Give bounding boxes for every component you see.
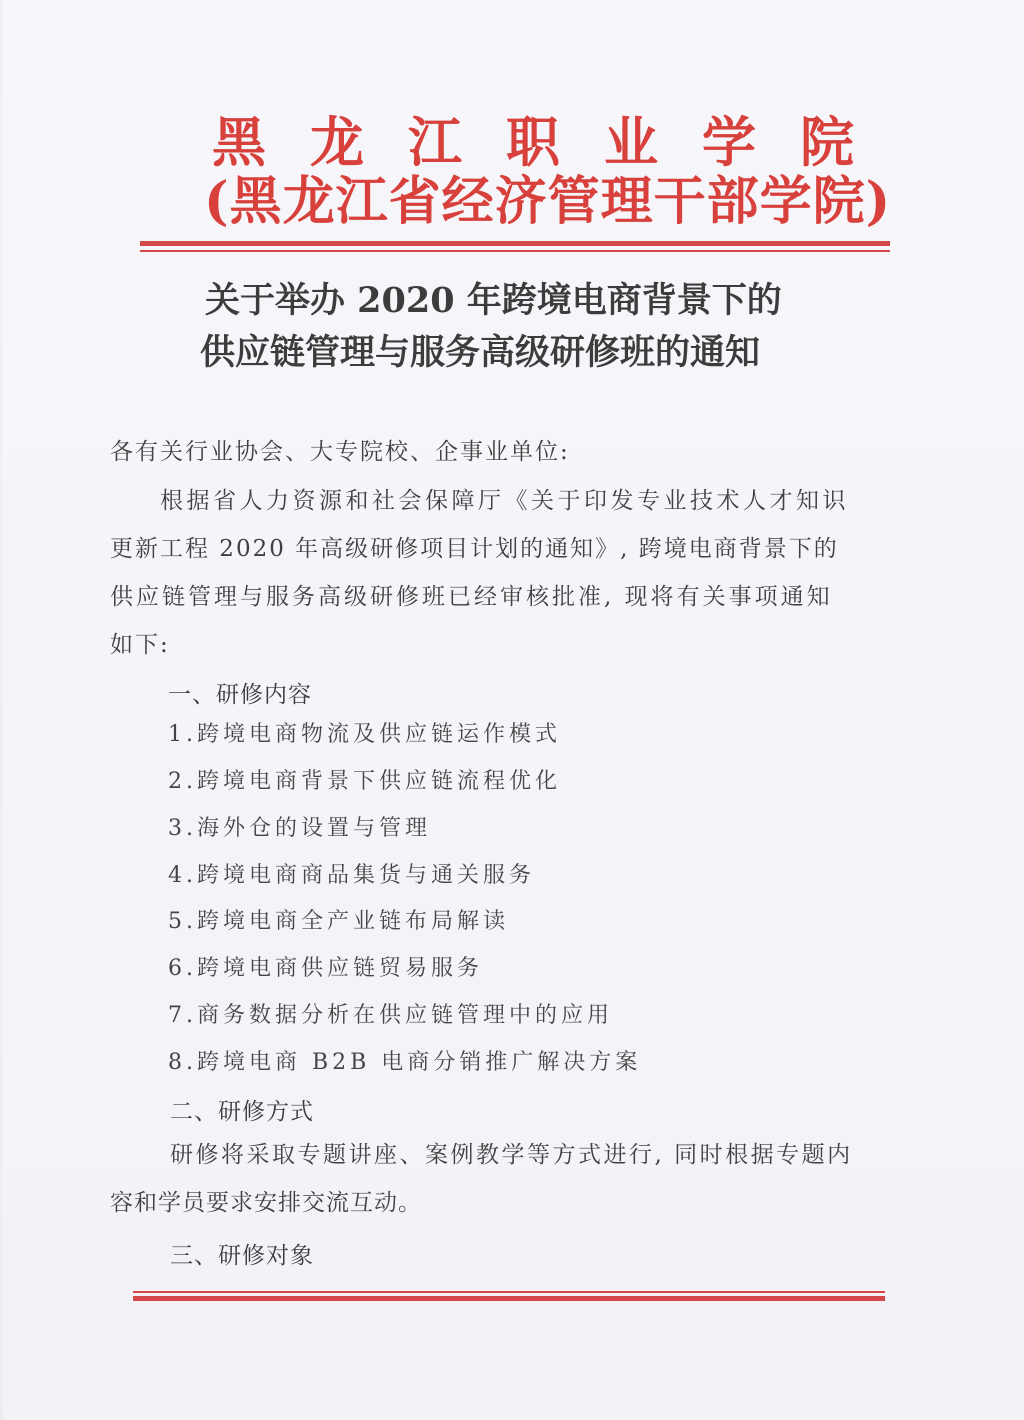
section-heading-method: 二、研修方式 (170, 1093, 314, 1126)
intro-line2: 更新工程 2020 年高级研修项目计划的通知》, 跨境电商背景下的 (110, 534, 839, 564)
list-item: 4.跨境电商商品集货与通关服务 (168, 861, 535, 891)
footer-rule-thick (133, 1296, 885, 1301)
intro-line4: 如下: (110, 630, 170, 660)
list-item: 6.跨境电商供应链贸易服务 (168, 954, 483, 984)
intro-line3: 供应链管理与服务高级研修班已经审核批准, 现将有关事项通知 (110, 582, 833, 612)
method-paragraph-line2: 容和学员要求安排交流互动。 (110, 1188, 422, 1218)
header-rule-thin (140, 250, 890, 252)
list-item: 8.跨境电商 B2B 电商分销推广解决方案 (168, 1048, 641, 1078)
notice-title-line1: 关于举办 2020 年跨境电商背景下的 (205, 278, 782, 324)
institution-alt-name: (黑龙江省经济管理干部学院) (204, 170, 891, 234)
section-heading-content: 一、研修内容 (168, 676, 312, 709)
header-rule-thick (140, 241, 890, 246)
notice-title-line2: 供应链管理与服务高级研修班的通知 (200, 330, 760, 376)
list-item: 7.商务数据分析在供应链管理中的应用 (168, 1001, 613, 1031)
footer-rule-thin (133, 1291, 885, 1293)
intro-line1: 根据省人力资源和社会保障厅《关于印发专业技术人才知识 (160, 486, 849, 516)
list-item: 2.跨境电商背景下供应链流程优化 (168, 767, 561, 797)
section-heading-audience: 三、研修对象 (170, 1237, 314, 1270)
method-paragraph-line1: 研修将采取专题讲座、案例教学等方式进行, 同时根据专题内 (170, 1140, 853, 1170)
list-item: 3.海外仓的设置与管理 (168, 814, 431, 844)
list-item: 1.跨境电商物流及供应链运作模式 (168, 720, 561, 750)
institution-name: 黑龙江职业学院 (212, 110, 812, 174)
salutation: 各有关行业协会、大专院校、企事业单位: (110, 437, 570, 467)
list-item: 5.跨境电商全产业链布局解读 (168, 907, 509, 937)
